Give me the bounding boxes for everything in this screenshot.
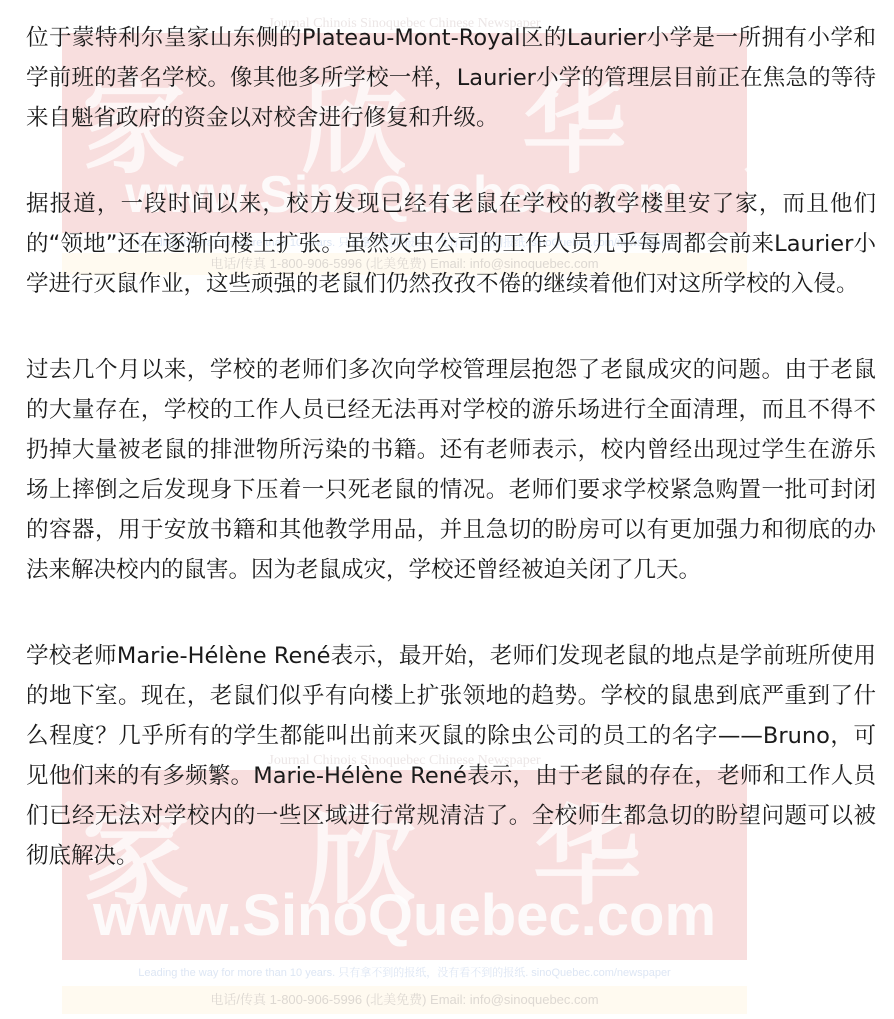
article-paragraph-3: 过去几个月以来，学校的老师们多次向学校管理层抱怨了老鼠成灾的问题。由于老鼠的大量… xyxy=(26,350,876,590)
article-paragraph-1: 位于蒙特利尔皇家山东侧的Plateau-Mont-Royal区的Laurier小… xyxy=(26,18,876,138)
article-body: 位于蒙特利尔皇家山东侧的Plateau-Mont-Royal区的Laurier小… xyxy=(26,18,876,876)
watermark-slogan: Leading the way for more than 10 years. … xyxy=(62,960,747,986)
article-paragraph-2: 据报道，一段时间以来，校方发现已经有老鼠在学校的教学楼里安了家，而且他们的“领地… xyxy=(26,184,876,304)
article-paragraph-4: 学校老师Marie-Hélène René表示，最开始，老师们发现老鼠的地点是学… xyxy=(26,636,876,876)
watermark-contact: 电话/传真 1-800-906-5996 (北美免费) Email: info@… xyxy=(62,986,747,1014)
watermark-url: www.SinoQuebec.com xyxy=(62,882,747,949)
